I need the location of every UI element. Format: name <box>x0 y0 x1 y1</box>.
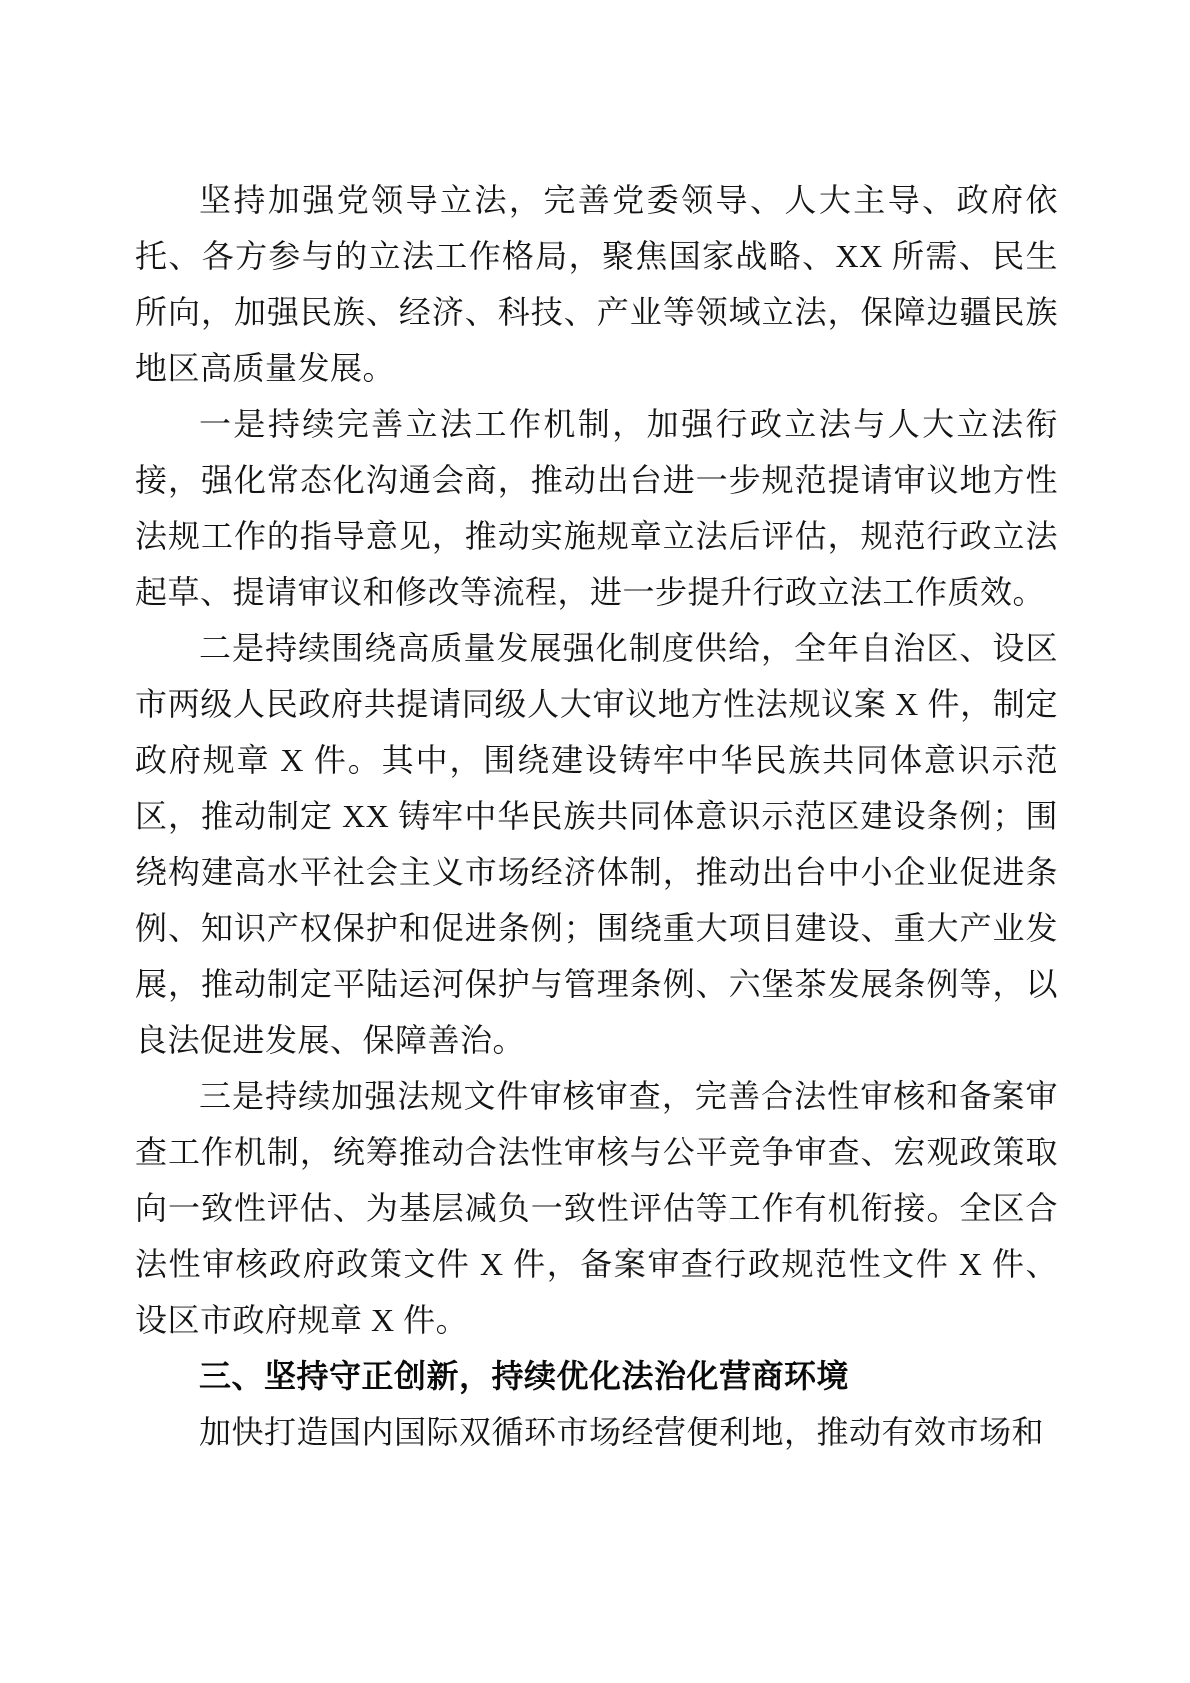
document-text-block: 坚持加强党领导立法，完善党委领导、人大主导、政府依托、各方参与的立法工作格局，聚… <box>135 172 1058 1460</box>
body-paragraph-4: 三是持续加强法规文件审核审查，完善合法性审核和备案审查工作机制，统筹推动合法性审… <box>135 1068 1058 1348</box>
body-paragraph-3: 二是持续围绕高质量发展强化制度供给，全年自治区、设区市两级人民政府共提请同级人大… <box>135 620 1058 1068</box>
body-paragraph-2: 一是持续完善立法工作机制，加强行政立法与人大立法衔接，强化常态化沟通会商，推动出… <box>135 396 1058 620</box>
body-paragraph-1: 坚持加强党领导立法，完善党委领导、人大主导、政府依托、各方参与的立法工作格局，聚… <box>135 172 1058 396</box>
section-heading: 三、坚持守正创新，持续优化法治化营商环境 <box>135 1348 1058 1404</box>
body-paragraph-5: 加快打造国内国际双循环市场经营便利地，推动有效市场和 <box>135 1404 1058 1460</box>
document-page: 坚持加强党领导立法，完善党委领导、人大主导、政府依托、各方参与的立法工作格局，聚… <box>0 0 1190 1683</box>
